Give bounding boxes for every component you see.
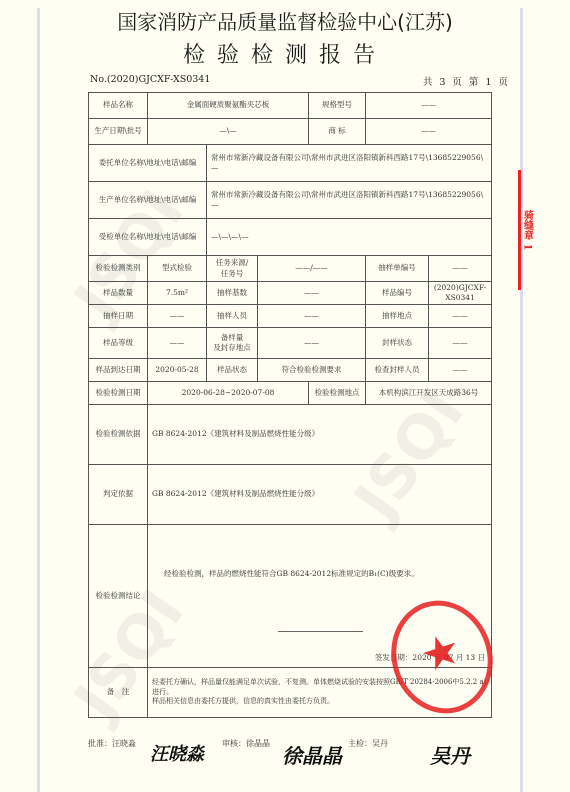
field-value: 型式检验: [148, 256, 207, 282]
client-value: 常州市常新冷藏设备有限公司\常州市武进区洛阳镇新科西路17号\136852290…: [207, 145, 492, 182]
sample-name: 金属面硬质聚氨酯夹芯板: [148, 93, 309, 119]
field-value: ——: [258, 305, 366, 328]
inspector-signature: 吴丹: [430, 740, 470, 769]
field-value: 符合检验检测要求: [258, 359, 366, 382]
page-count: 共 3 页 第 1 页: [423, 74, 510, 88]
field-label: 抽样地点: [366, 305, 429, 328]
field-value: ——: [148, 328, 207, 359]
field-label: 样品等级: [89, 328, 148, 359]
table-row: 抽样日期——抽样人员——抽样地点——: [89, 305, 492, 328]
test-place: 本机构滨江开发区天成路36号: [366, 382, 492, 405]
basis-value: GB 8624-2012《建筑材料及制品燃烧性能分级》: [148, 405, 492, 465]
test-place-label: 检验检测地点: [309, 382, 366, 405]
test-date-label: 检验检测日期: [89, 382, 148, 405]
field-value: ——: [429, 256, 492, 282]
report-number: No.(2020)GJCXF-XS0341: [90, 74, 210, 85]
field-value: ——: [429, 328, 492, 359]
field-label: 样品编号: [366, 282, 429, 305]
inspected-label: 受检单位名称\地址\电话\邮编: [89, 219, 207, 256]
table-row: 生产日期\批号 —\— 商 标 ——: [89, 119, 492, 145]
field-label: 样品数量: [89, 282, 148, 305]
batch-value: —\—: [148, 119, 309, 145]
reviewer-signature: 徐晶晶: [282, 740, 342, 769]
spec-value: ——: [366, 93, 492, 119]
field-label: 抽样单编号: [366, 256, 429, 282]
table-row: 检验检测依据 GB 8624-2012《建筑材料及制品燃烧性能分级》: [89, 405, 492, 465]
field-value: ——/——: [258, 256, 366, 282]
table-row: 委托单位名称\地址\电话\邮编 常州市常新冷藏设备有限公司\常州市武进区洛阳镇新…: [89, 145, 492, 182]
spec-label: 规格型号: [309, 93, 366, 119]
field-value: 2020-05-28: [148, 359, 207, 382]
basis-label: 检验检测依据: [89, 405, 148, 465]
page-edge-left: [37, 8, 40, 792]
test-date: 2020-06-28~2020-07-08: [148, 382, 309, 405]
inspector-label: 主检：吴丹: [348, 738, 388, 749]
field-label: 样品到达日期: [89, 359, 148, 382]
field-value: 7.5m²: [148, 282, 207, 305]
star-icon: ★: [390, 615, 491, 691]
table-row: 样品数量7.5m²抽样基数——样品编号(2020)GJCXF-XS0341: [89, 282, 492, 305]
inspected-value: —\—\—\—: [207, 219, 492, 256]
field-label: 抽样人员: [207, 305, 258, 328]
table-row: 生产单位名称\地址\电话\邮编 常州市常新冷藏设备有限公司\常州市武进区洛阳镇新…: [89, 182, 492, 219]
field-label: 检验检测类别: [89, 256, 148, 282]
field-value: ——: [258, 282, 366, 305]
remarks-label: 备 注: [89, 668, 148, 718]
field-value: (2020)GJCXF-XS0341: [429, 282, 492, 305]
brand-value: ——: [366, 119, 492, 145]
table-row: 样品等级——备样量 及封存地点——封样状态——: [89, 328, 492, 359]
doc-title: 检验检测报告: [0, 38, 570, 69]
brand-label: 商 标: [309, 119, 366, 145]
reviewer-label: 审核：徐晶晶: [222, 738, 270, 749]
field-label: 封样状态: [366, 328, 429, 359]
table-row: 受检单位名称\地址\电话\邮编 —\—\—\—: [89, 219, 492, 256]
field-value: ——: [148, 305, 207, 328]
conclusion-label: 检验检测结论: [89, 525, 148, 668]
table-row: 检验检测类别型式检验任务来源/ 任务号——/——抽样单编号——: [89, 256, 492, 282]
field-label: 检查封样人员: [366, 359, 429, 382]
judge-label: 判定依据: [89, 465, 148, 525]
approver-label: 批准：汪晓淼: [88, 738, 136, 749]
field-value: ——: [429, 359, 492, 382]
table-row: 判定依据 GB 8624-2012《建筑材料及制品燃烧性能分级》: [89, 465, 492, 525]
side-stamp: 骑缝章 1: [518, 170, 533, 290]
field-label: 任务来源/ 任务号: [207, 256, 258, 282]
batch-label: 生产日期\批号: [89, 119, 148, 145]
field-value: ——: [258, 328, 366, 359]
conclusion-text: 经检验检测，样品的燃烧性能符合GB 8624-2012标准规定的B₁(C)级要求…: [164, 569, 419, 579]
field-label: 抽样日期: [89, 305, 148, 328]
field-label: 抽样基数: [207, 282, 258, 305]
field-label: 样品状态: [207, 359, 258, 382]
judge-value: GB 8624-2012《建筑材料及制品燃烧性能分级》: [148, 465, 492, 525]
producer-value: 常州市常新冷藏设备有限公司\常州市武进区洛阳镇新科西路17号\136852290…: [207, 182, 492, 219]
client-label: 委托单位名称\地址\电话\邮编: [89, 145, 207, 182]
signature-line: [278, 631, 363, 632]
sample-name-label: 样品名称: [89, 93, 148, 119]
field-value: ——: [429, 305, 492, 328]
table-row: 样品名称 金属面硬质聚氨酯夹芯板 规格型号 ——: [89, 93, 492, 119]
org-title: 国家消防产品质量监督检验中心(江苏): [0, 6, 570, 35]
approver-signature: 汪晓淼: [150, 740, 204, 766]
page-edge-right: [520, 8, 523, 792]
table-row: 样品到达日期2020-05-28样品状态符合检验检测要求检查封样人员——: [89, 359, 492, 382]
table-row: 检验检测日期 2020-06-28~2020-07-08 检验检测地点 本机构滨…: [89, 382, 492, 405]
producer-label: 生产单位名称\地址\电话\邮编: [89, 182, 207, 219]
field-label: 备样量 及封存地点: [207, 328, 258, 359]
